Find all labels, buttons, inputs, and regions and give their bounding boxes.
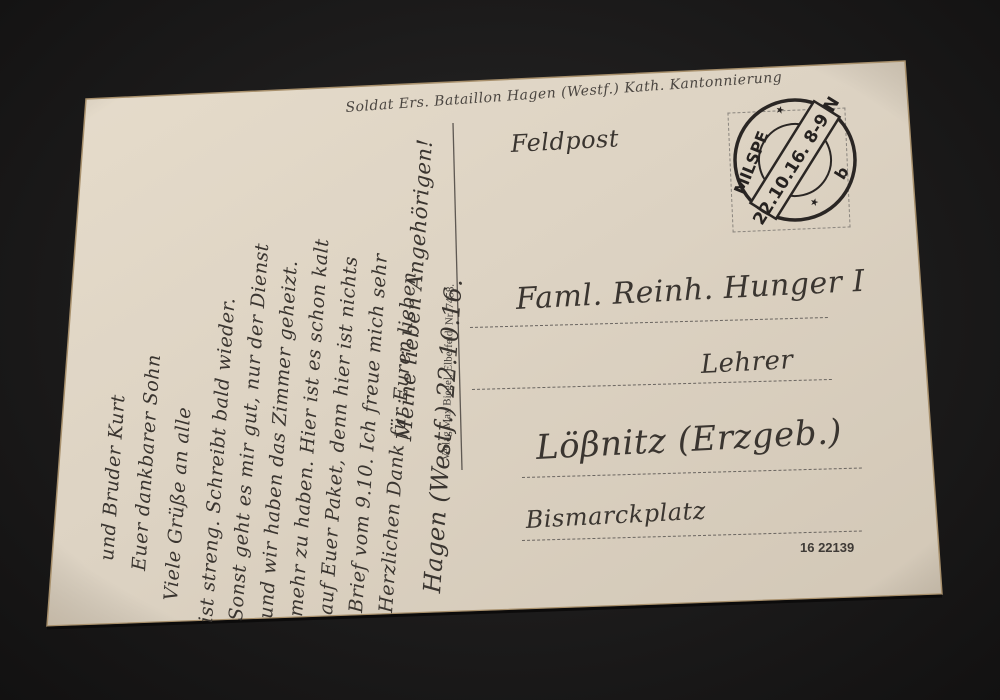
- postmark-letter: b: [831, 163, 853, 183]
- address-occupation: Lehrer: [700, 345, 794, 380]
- card-number: 16 22139: [800, 540, 854, 555]
- postcard: Verlag Max Biegel, Elberfeld. Nr. 7458. …: [0, 0, 1000, 700]
- svg-text:★: ★: [808, 196, 822, 209]
- svg-text:★: ★: [774, 104, 788, 117]
- postmark: 22.10.16. 8-9 N MILSPE b ★ ★: [0, 0, 1000, 700]
